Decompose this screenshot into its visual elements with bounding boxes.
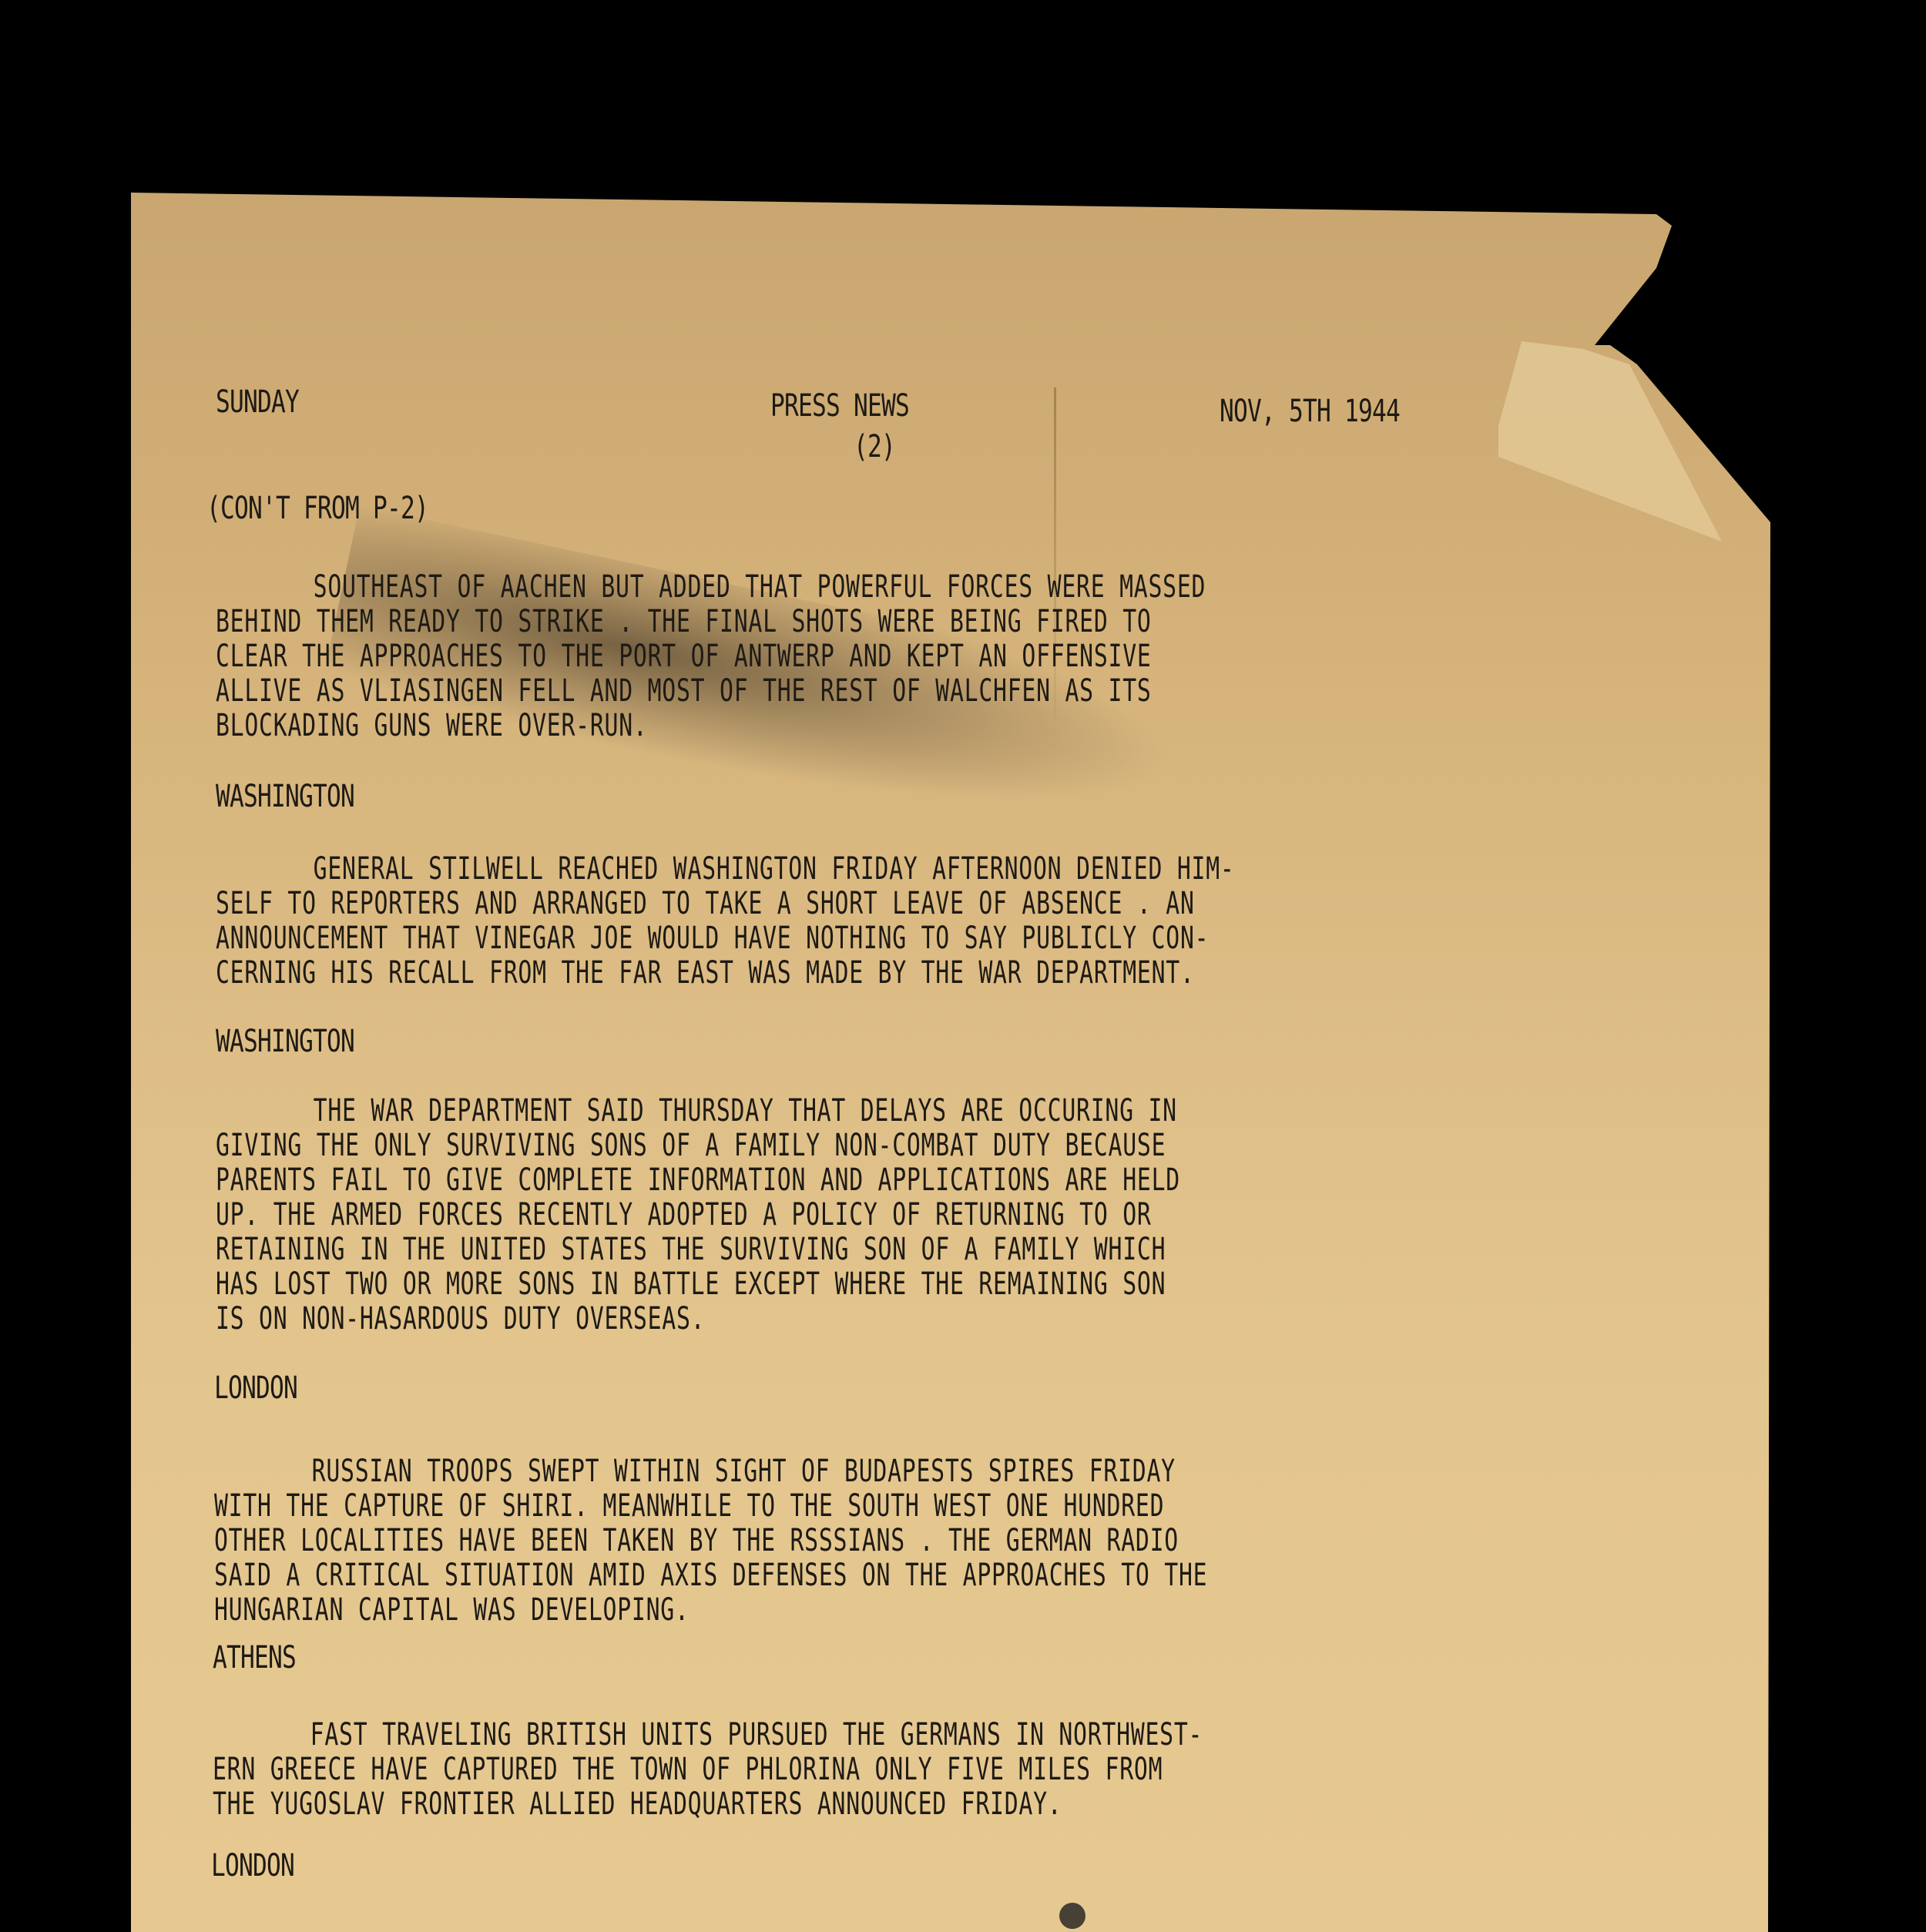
story-line: ALLIVE AS VLIASINGEN FELL AND MOST OF TH… bbox=[216, 674, 1206, 709]
story-line: HUNGARIAN CAPITAL WAS DEVELOPING. bbox=[214, 1593, 1207, 1628]
story-surviving-sons: THE WAR DEPARTMENT SAID THURSDAY THAT DE… bbox=[216, 1094, 1180, 1337]
story-line: FAST TRAVELING BRITISH UNITS PURSUED THE… bbox=[213, 1718, 1203, 1753]
header-title: PRESS NEWS bbox=[770, 389, 909, 424]
story-line: THE WAR DEPARTMENT SAID THURSDAY THAT DE… bbox=[216, 1094, 1180, 1129]
header-day: SUNDAY bbox=[216, 385, 299, 420]
story-stilwell: GENERAL STILWELL REACHED WASHINGTON FRID… bbox=[216, 852, 1235, 991]
story-line: CLEAR THE APPROACHES TO THE PORT OF ANTW… bbox=[216, 639, 1206, 674]
story-line: OTHER LOCALITIES HAVE BEEN TAKEN BY THE … bbox=[214, 1524, 1207, 1558]
story-line: HAS LOST TWO OR MORE SONS IN BATTLE EXCE… bbox=[216, 1267, 1180, 1302]
dateline-washington-1: WASHINGTON bbox=[216, 780, 354, 814]
story-line: ANNOUNCEMENT THAT VINEGAR JOE WOULD HAVE… bbox=[216, 921, 1235, 956]
ink-spot bbox=[1059, 1903, 1085, 1926]
dateline-athens: ATHENS bbox=[213, 1641, 296, 1675]
story-line: SOUTHEAST OF AACHEN BUT ADDED THAT POWER… bbox=[216, 570, 1206, 605]
story-line: PARENTS FAIL TO GIVE COMPLETE INFORMATIO… bbox=[216, 1163, 1180, 1198]
header-page-number: (2) bbox=[854, 430, 895, 465]
story-line: BEHIND THEM READY TO STRIKE . THE FINAL … bbox=[216, 605, 1206, 639]
story-budapest: RUSSIAN TROOPS SWEPT WITHIN SIGHT OF BUD… bbox=[214, 1454, 1207, 1628]
continuation-note: (CON'T FROM P-2) bbox=[206, 491, 428, 526]
story-line: UP. THE ARMED FORCES RECENTLY ADOPTED A … bbox=[216, 1198, 1180, 1233]
dateline-london-2: LONDON bbox=[211, 1849, 294, 1883]
story-line: THE YUGOSLAV FRONTIER ALLIED HEADQUARTER… bbox=[213, 1787, 1203, 1822]
story-athens: FAST TRAVELING BRITISH UNITS PURSUED THE… bbox=[213, 1718, 1203, 1822]
story-line: BLOCKADING GUNS WERE OVER-RUN. bbox=[216, 709, 1206, 743]
story-line: SAID A CRITICAL SITUATION AMID AXIS DEFE… bbox=[214, 1558, 1207, 1593]
story-line: GENERAL STILWELL REACHED WASHINGTON FRID… bbox=[216, 852, 1235, 887]
story-line: GIVING THE ONLY SURVIVING SONS OF A FAMI… bbox=[216, 1129, 1180, 1163]
dateline-washington-2: WASHINGTON bbox=[216, 1025, 354, 1059]
story-line: IS ON NON-HASARDOUS DUTY OVERSEAS. bbox=[216, 1302, 1180, 1337]
story-line: WITH THE CAPTURE OF SHIRI. MEANWHILE TO … bbox=[214, 1489, 1207, 1524]
story-line: RUSSIAN TROOPS SWEPT WITHIN SIGHT OF BUD… bbox=[214, 1454, 1207, 1489]
story-line: SELF TO REPORTERS AND ARRANGED TO TAKE A… bbox=[216, 887, 1235, 921]
story-line: ERN GREECE HAVE CAPTURED THE TOWN OF PHL… bbox=[213, 1753, 1203, 1787]
dateline-london-1: LONDON bbox=[214, 1371, 297, 1406]
story-continued: SOUTHEAST OF AACHEN BUT ADDED THAT POWER… bbox=[216, 570, 1206, 743]
story-line: CERNING HIS RECALL FROM THE FAR EAST WAS… bbox=[216, 956, 1235, 991]
header-date: NOV, 5TH 1944 bbox=[1220, 394, 1400, 429]
story-line: RETAINING IN THE UNITED STATES THE SURVI… bbox=[216, 1233, 1180, 1267]
